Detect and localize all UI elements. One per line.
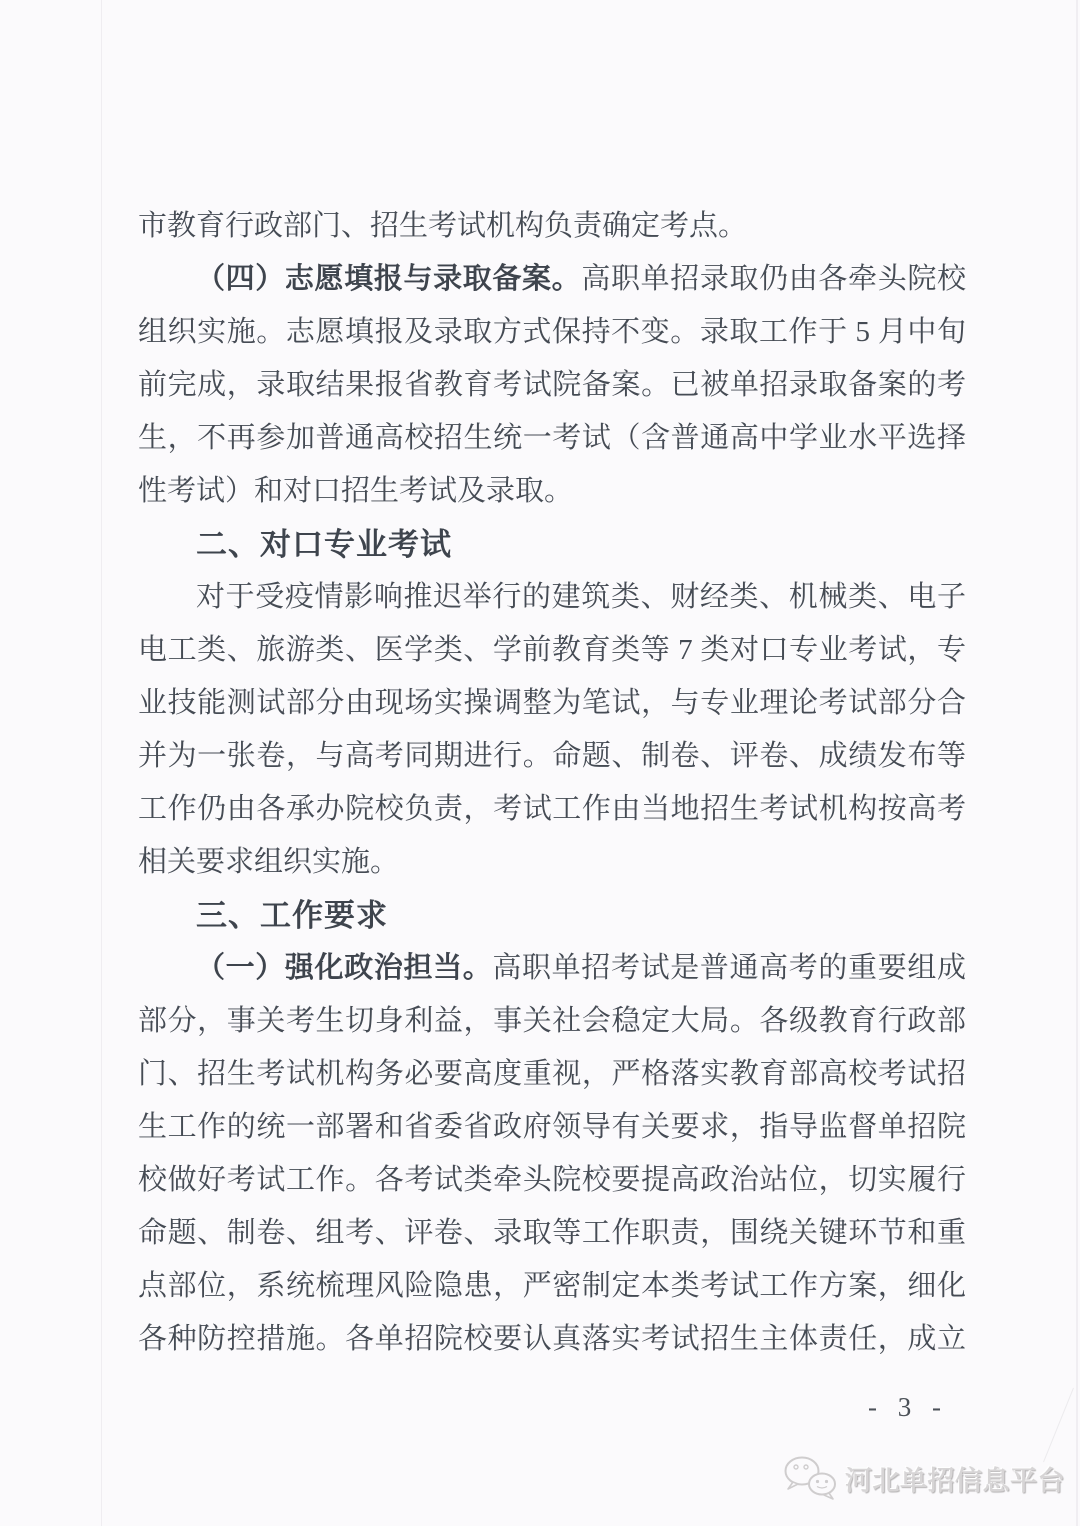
body-text: 性考试）和对口招生考试及录取。 [138, 475, 573, 507]
page-number: - 3 - [868, 1392, 948, 1423]
body-text: 门、招生考试机构务必要高度重视，严格落实教育部高校考试招 [138, 1058, 966, 1090]
text-line: （一）强化政治担当。高职单招考试是普通高考的重要组成 [138, 942, 966, 995]
body-text: 市教育行政部门、招生考试机构负责确定考点。 [138, 210, 747, 242]
text-line: 对于受疫情影响推迟举行的建筑类、财经类、机械类、电子 [138, 571, 966, 624]
body-text: 电工类、旅游类、医学类、学前教育类等 7 类对口专业考试，专 [138, 634, 966, 666]
section-heading: 二、对口专业考试 [138, 518, 966, 571]
text-line: 生工作的统一部署和省委省政府领导有关要求，指导监督单招院 [138, 1101, 966, 1154]
text-line: 业技能测试部分由现场实操调整为笔试，与专业理论考试部分合 [138, 677, 966, 730]
page-edge-line-right [1076, 0, 1078, 1526]
body-text: 校做好考试工作。各考试类牵头院校要提高政治站位，切实履行 [138, 1164, 966, 1196]
emphasis-text: 三、工作要求 [196, 898, 388, 933]
text-line: 性考试）和对口招生考试及录取。 [138, 465, 966, 518]
text-line: （四）志愿填报与录取备案。高职单招录取仍由各牵头院校 [138, 253, 966, 306]
text-line: 工作仍由各承办院校负责，考试工作由当地招生考试机构按高考 [138, 783, 966, 836]
body-text: 并为一张卷，与高考同期进行。命题、制卷、评卷、成绩发布等 [138, 740, 966, 772]
body-text: 各种防控措施。各单招院校要认真落实考试招生主体责任，成立 [138, 1323, 966, 1355]
text-line: 并为一张卷，与高考同期进行。命题、制卷、评卷、成绩发布等 [138, 730, 966, 783]
text-line: 相关要求组织实施。 [138, 836, 966, 889]
body-text: 组织实施。志愿填报及录取方式保持不变。录取工作于 5 月中旬 [138, 316, 966, 348]
body-text: 高职单招录取仍由各牵头院校 [581, 263, 966, 295]
wechat-icon [781, 1454, 839, 1502]
text-line: 命题、制卷、组考、评卷、录取等工作职责，围绕关键环节和重 [138, 1207, 966, 1260]
body-text: 前完成，录取结果报省教育考试院备案。已被单招录取备案的考 [138, 369, 966, 401]
body-text: 相关要求组织实施。 [138, 846, 399, 878]
text-line: 市教育行政部门、招生考试机构负责确定考点。 [138, 200, 966, 253]
body-text: 对于受疫情影响推迟举行的建筑类、财经类、机械类、电子 [196, 581, 966, 613]
page-edge-line [101, 0, 102, 1526]
document-page: 市教育行政部门、招生考试机构负责确定考点。（四）志愿填报与录取备案。高职单招录取… [0, 0, 1080, 1526]
text-line: 部分，事关考生切身利益，事关社会稳定大局。各级教育行政部 [138, 995, 966, 1048]
footer-brand-text: 河北单招信息平台 [845, 1459, 1065, 1498]
emphasis-text: 二、对口专业考试 [196, 527, 452, 562]
body-text: 点部位，系统梳理风险隐患，严密制定本类考试工作方案，细化 [138, 1270, 966, 1302]
emphasis-text: （一）强化政治担当。 [196, 952, 492, 984]
body-text: 高职单招考试是普通高考的重要组成 [492, 952, 966, 984]
footer-watermark: 河北单招信息平台 [781, 1452, 1065, 1504]
body-text: 业技能测试部分由现场实操调整为笔试，与专业理论考试部分合 [138, 687, 966, 719]
body-text: 工作仍由各承办院校负责，考试工作由当地招生考试机构按高考 [138, 793, 966, 825]
text-line: 校做好考试工作。各考试类牵头院校要提高政治站位，切实履行 [138, 1154, 966, 1207]
text-line: 前完成，录取结果报省教育考试院备案。已被单招录取备案的考 [138, 359, 966, 412]
section-heading: 三、工作要求 [138, 889, 966, 942]
text-line: 电工类、旅游类、医学类、学前教育类等 7 类对口专业考试，专 [138, 624, 966, 677]
text-line: 组织实施。志愿填报及录取方式保持不变。录取工作于 5 月中旬 [138, 306, 966, 359]
body-text: 生工作的统一部署和省委省政府领导有关要求，指导监督单招院 [138, 1111, 966, 1143]
text-line: 各种防控措施。各单招院校要认真落实考试招生主体责任，成立 [138, 1313, 966, 1366]
body-text: 命题、制卷、组考、评卷、录取等工作职责，围绕关键环节和重 [138, 1217, 966, 1249]
body-text: 部分，事关考生切身利益，事关社会稳定大局。各级教育行政部 [138, 1005, 966, 1037]
text-line: 门、招生考试机构务必要高度重视，严格落实教育部高校考试招 [138, 1048, 966, 1101]
body-text: 生，不再参加普通高校招生统一考试（含普通高中学业水平选择 [138, 422, 966, 454]
text-line: 点部位，系统梳理风险隐患，严密制定本类考试工作方案，细化 [138, 1260, 966, 1313]
text-line: 生，不再参加普通高校招生统一考试（含普通高中学业水平选择 [138, 412, 966, 465]
emphasis-text: （四）志愿填报与录取备案。 [196, 263, 581, 295]
document-body: 市教育行政部门、招生考试机构负责确定考点。（四）志愿填报与录取备案。高职单招录取… [138, 200, 966, 1366]
